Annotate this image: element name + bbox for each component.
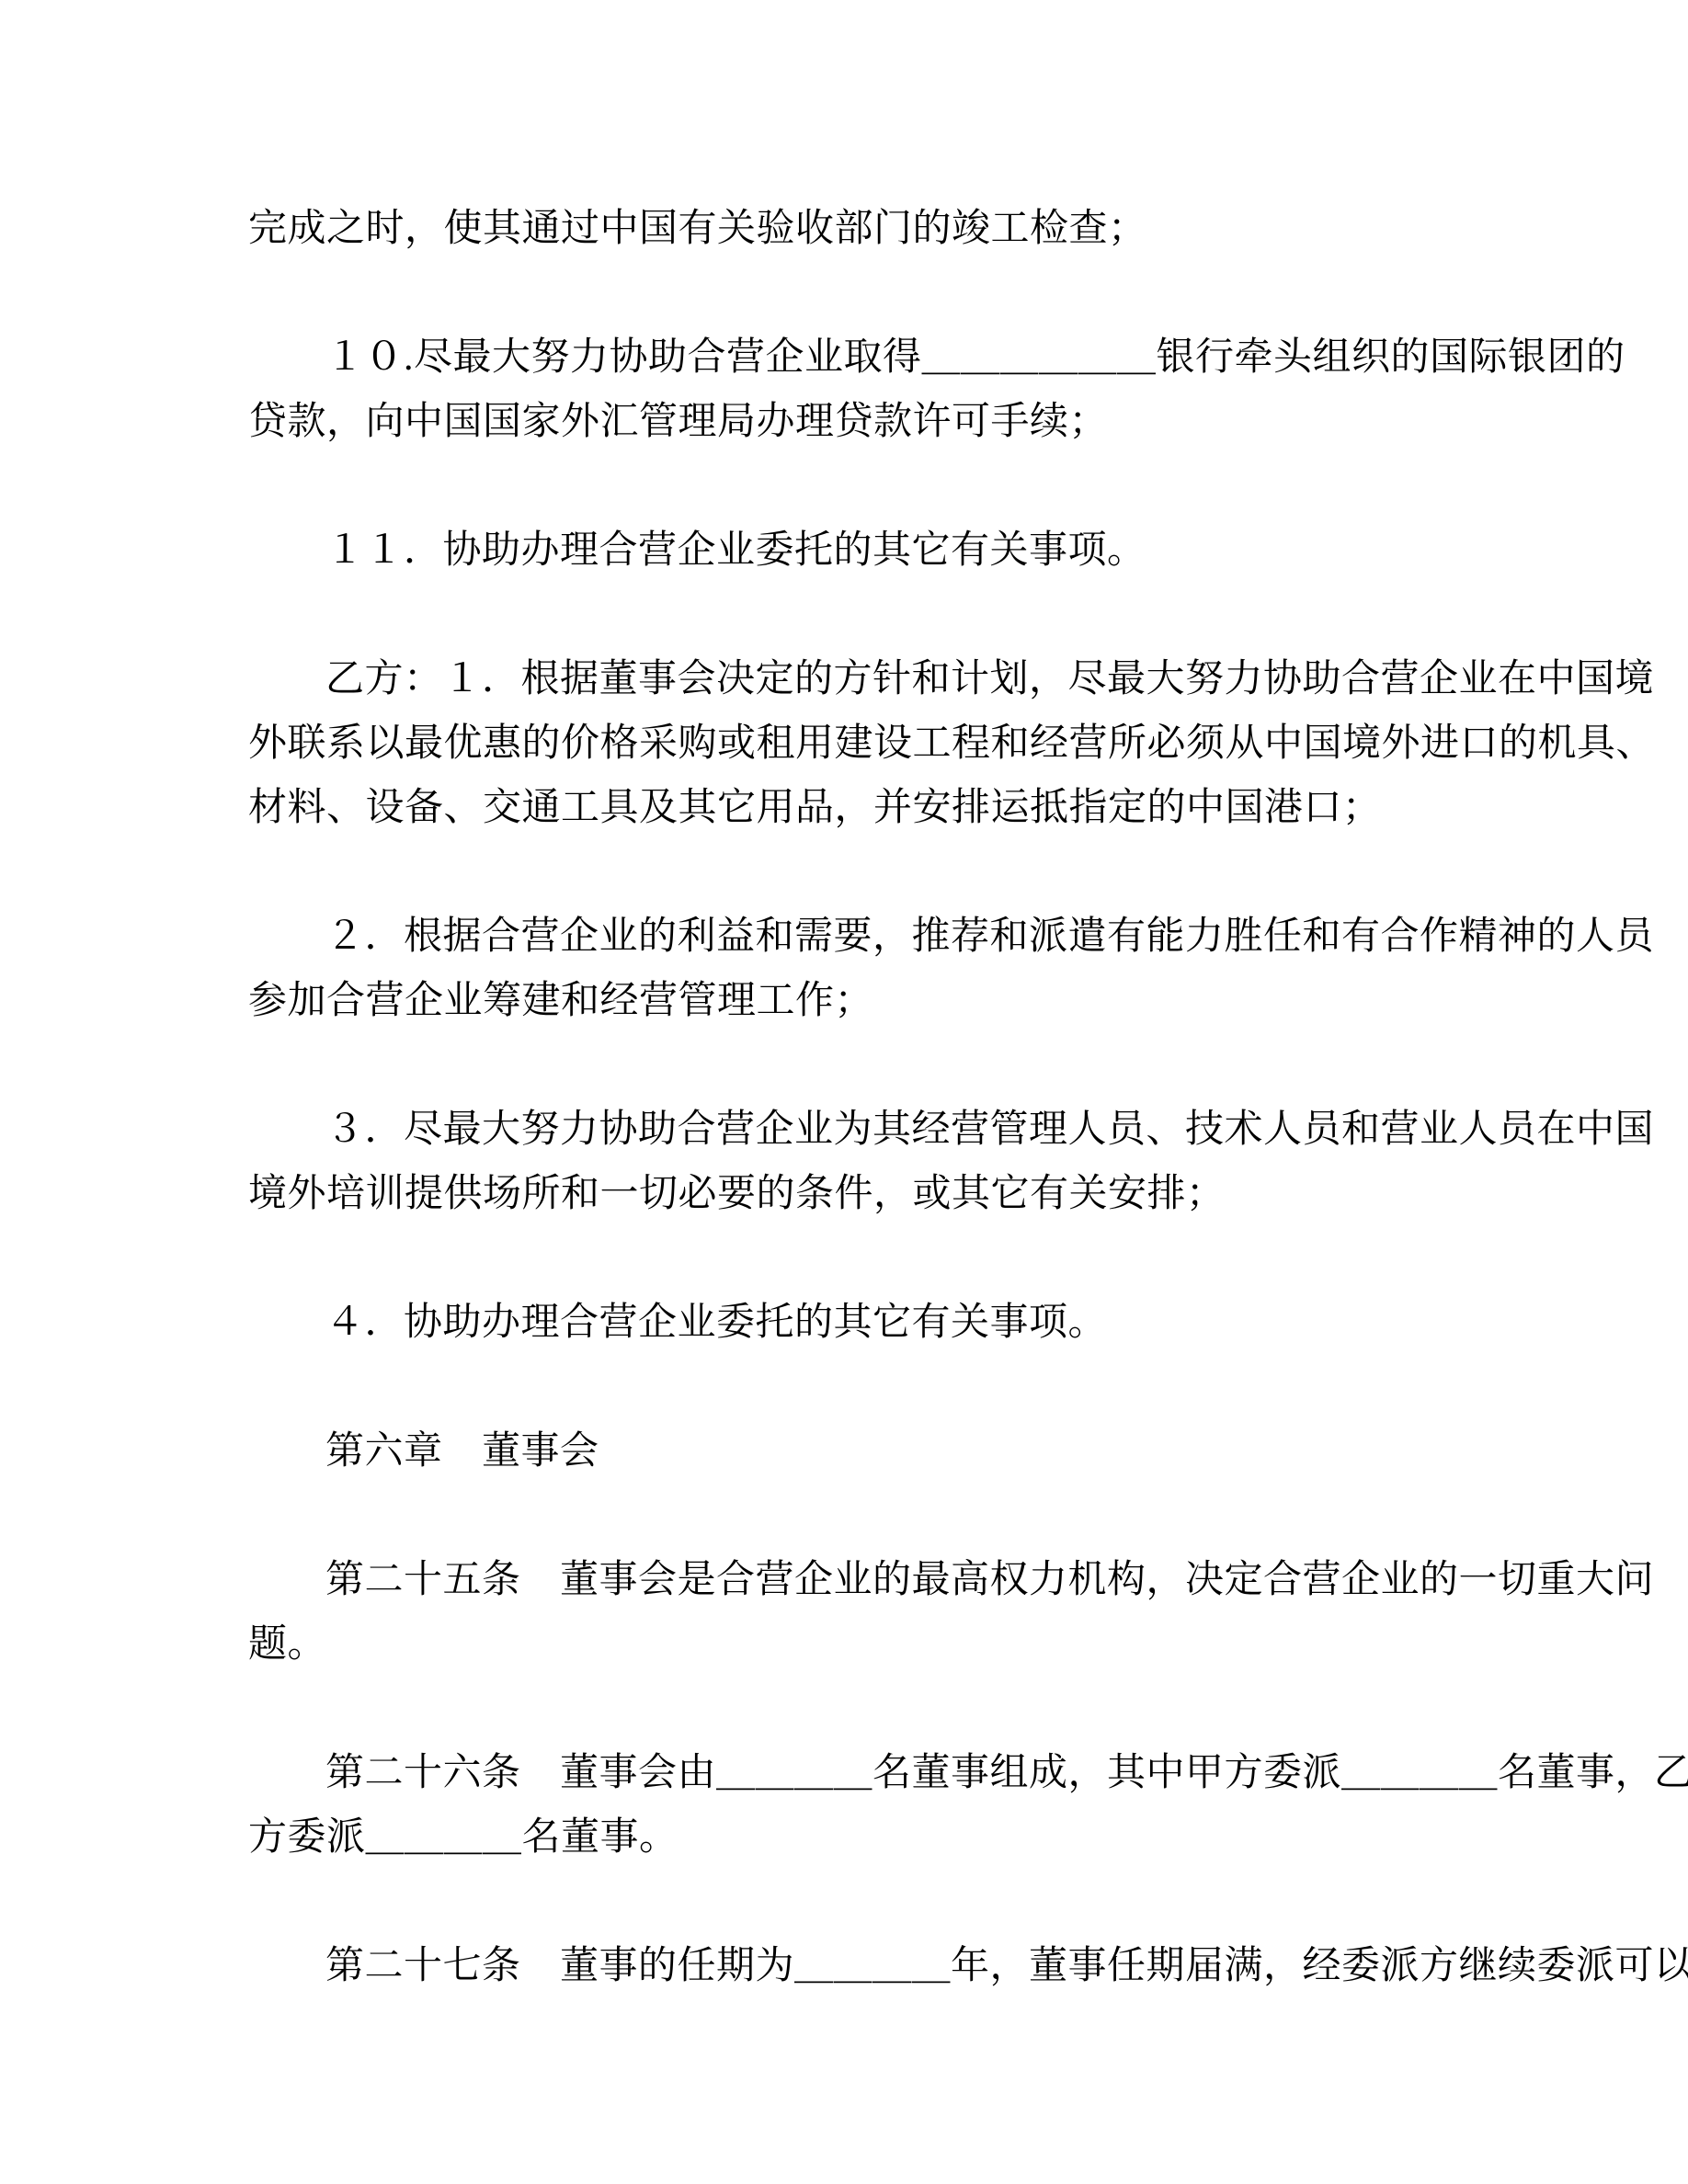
paragraph-item-10: １０.尽最大努力协助合营企业取得＿＿＿＿＿＿银行牵头组织的国际银团的 贷款，向中…: [248, 325, 1462, 454]
text-line: ２．根据合营企业的利益和需要，推荐和派遣有能力胜任和有合作精神的人员: [248, 904, 1462, 969]
document-page: 完成之时，使其通过中国有关验收部门的竣工检查； １０.尽最大努力协助合营企业取得…: [0, 0, 1688, 2184]
paragraph-clause-25: 第二十五条 董事会是合营企业的最高权力机构，决定合营企业的一切重大问 题。: [248, 1548, 1462, 1677]
paragraph-item-11: １１．协助办理合营企业委托的其它有关事项。: [248, 518, 1462, 583]
paragraph-continuation: 完成之时，使其通过中国有关验收部门的竣工检查；: [248, 197, 1462, 261]
text-line: 乙方：１．根据董事会决定的方针和计划，尽最大努力协助合营企业在中国境: [248, 647, 1462, 711]
text-line: 方委派＿＿＿＿名董事。: [248, 1805, 1462, 1870]
paragraph-party-b-item-1: 乙方：１．根据董事会决定的方针和计划，尽最大努力协助合营企业在中国境 外联系以最…: [248, 647, 1462, 840]
text-line: ３．尽最大努力协助合营企业为其经营管理人员、技术人员和营业人员在中国: [248, 1098, 1462, 1162]
paragraph-party-b-item-2: ２．根据合营企业的利益和需要，推荐和派遣有能力胜任和有合作精神的人员 参加合营企…: [248, 904, 1462, 1033]
text-line: ４．协助办理合营企业委托的其它有关事项。: [248, 1291, 1462, 1355]
text-line: 材料、设备、交通工具及其它用品，并安排运抵指定的中国港口；: [248, 776, 1462, 840]
text-line: 第二十五条 董事会是合营企业的最高权力机构，决定合营企业的一切重大问: [248, 1548, 1462, 1612]
text-line: １１．协助办理合营企业委托的其它有关事项。: [248, 518, 1462, 583]
text-line: 境外培训提供场所和一切必要的条件，或其它有关安排；: [248, 1162, 1462, 1226]
paragraph-clause-27: 第二十七条 董事的任期为＿＿＿＿年，董事任期届满，经委派方继续委派可以: [248, 1934, 1462, 1998]
chapter-6-heading: 第六章 董事会: [248, 1419, 1462, 1484]
paragraph-party-b-item-4: ４．协助办理合营企业委托的其它有关事项。: [248, 1291, 1462, 1355]
text-line: 第二十六条 董事会由＿＿＿＿名董事组成，其中甲方委派＿＿＿＿名董事，乙: [248, 1741, 1462, 1805]
text-line: 外联系以最优惠的价格采购或租用建设工程和经营所必须从中国境外进口的机具、: [248, 711, 1462, 776]
text-line: 参加合营企业筹建和经营管理工作；: [248, 969, 1462, 1033]
paragraph-clause-26: 第二十六条 董事会由＿＿＿＿名董事组成，其中甲方委派＿＿＿＿名董事，乙 方委派＿…: [248, 1741, 1462, 1870]
text-line: １０.尽最大努力协助合营企业取得＿＿＿＿＿＿银行牵头组织的国际银团的: [248, 325, 1462, 390]
text-line: 贷款，向中国国家外汇管理局办理贷款许可手续；: [248, 390, 1462, 454]
heading-line: 第六章 董事会: [248, 1419, 1462, 1484]
paragraph-party-b-item-3: ３．尽最大努力协助合营企业为其经营管理人员、技术人员和营业人员在中国 境外培训提…: [248, 1098, 1462, 1226]
text-line: 第二十七条 董事的任期为＿＿＿＿年，董事任期届满，经委派方继续委派可以: [248, 1934, 1462, 1998]
text-line: 完成之时，使其通过中国有关验收部门的竣工检查；: [248, 197, 1462, 261]
text-line: 题。: [248, 1612, 1462, 1677]
